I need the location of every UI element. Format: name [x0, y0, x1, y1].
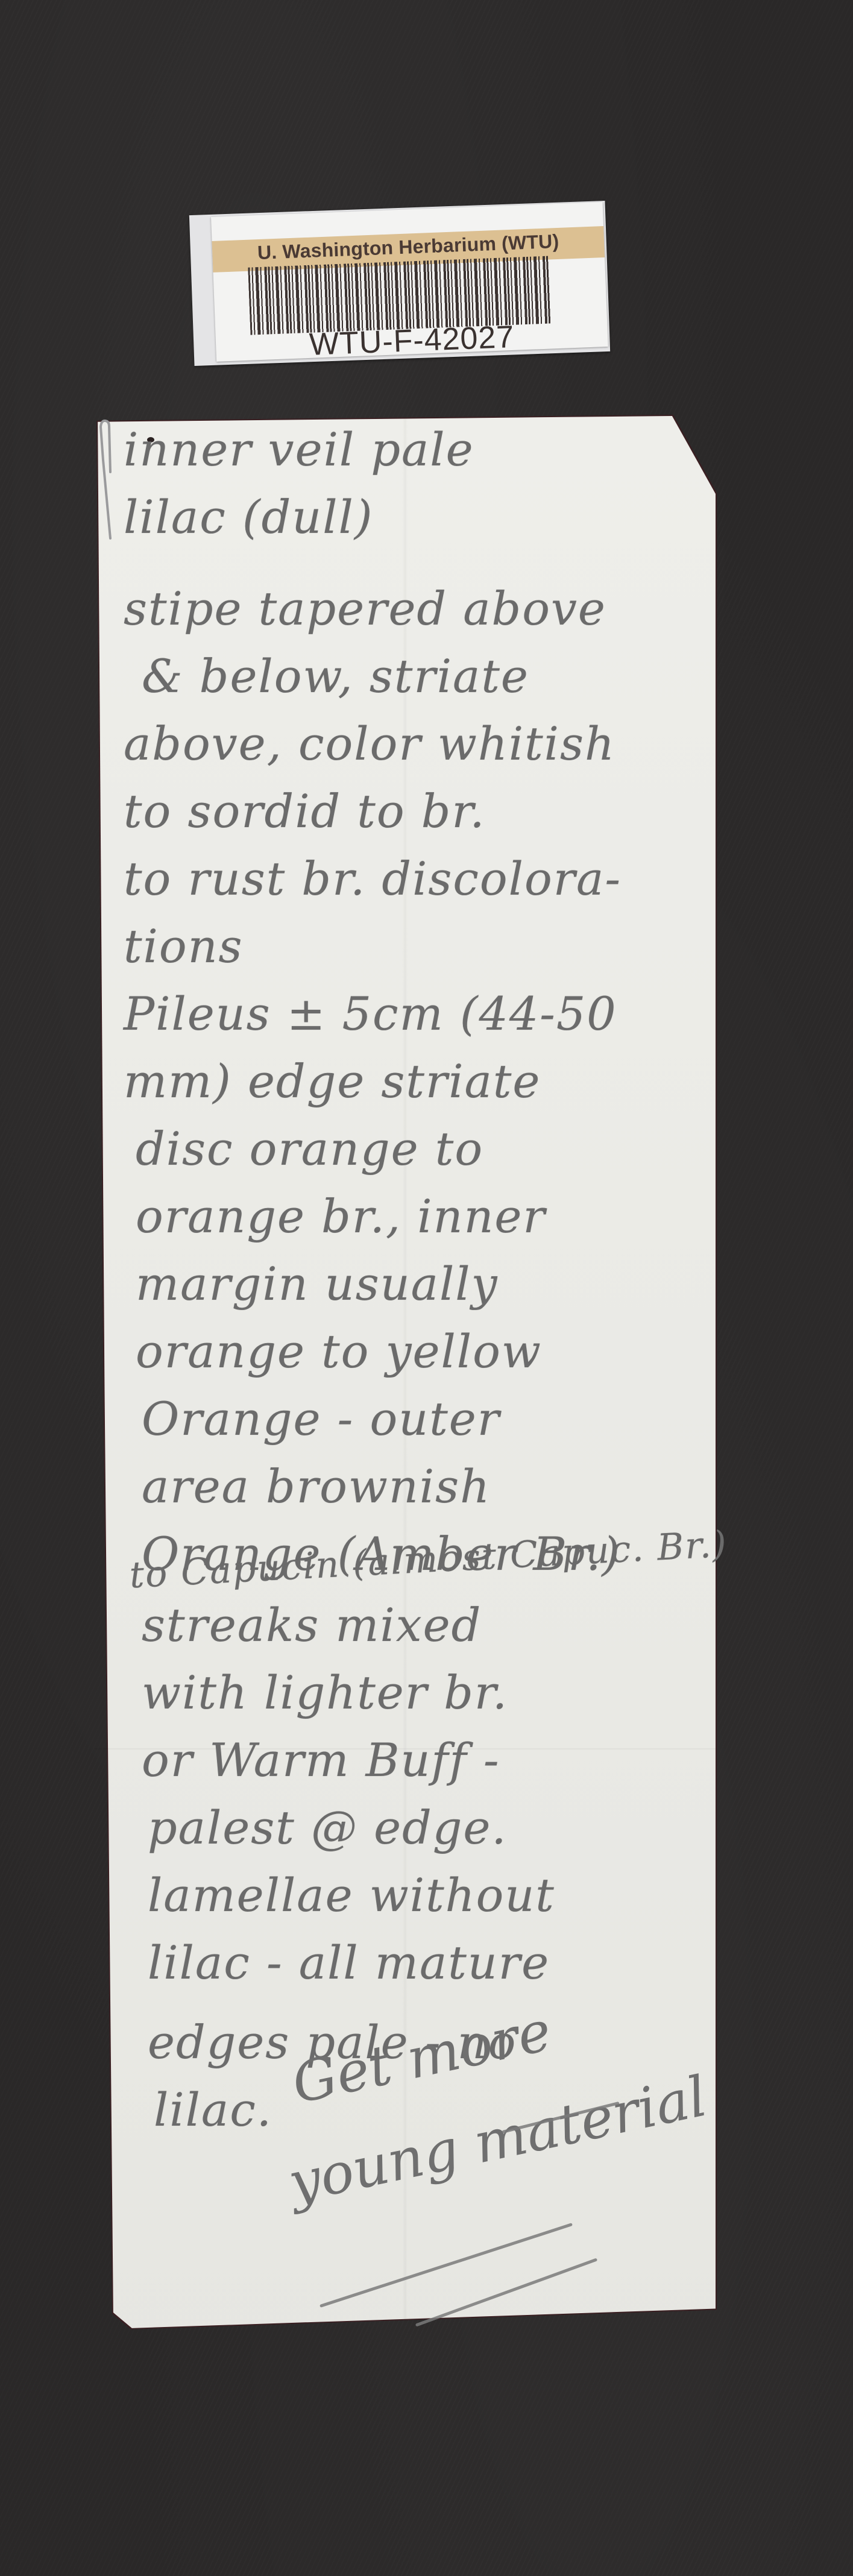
note-line: Orange - outer — [124, 1385, 690, 1453]
note-line: orange br., inner — [124, 1183, 690, 1250]
note-line: & below, striate — [124, 643, 690, 710]
note-line: streaks mixed — [124, 1592, 690, 1659]
paper-clip-icon — [98, 418, 122, 544]
note-body: inner veil pale lilac (dull) stipe taper… — [124, 416, 690, 2144]
note-line: stipe tapered above — [124, 575, 690, 643]
note-line: palest @ edge. — [124, 1794, 690, 1862]
note-line: inner veil pale — [124, 416, 690, 483]
note-line: lilac (dull) — [124, 483, 690, 551]
note-line: mm) edge striate — [124, 1048, 690, 1115]
herbarium-barcode-label: U. Washington Herbarium (WTU) WTU-F-4202… — [211, 202, 608, 362]
note-line: to rust br. discolora- — [124, 845, 690, 913]
note-line: area brownish — [124, 1453, 690, 1520]
note-line: with lighter br. — [124, 1659, 690, 1727]
note-line: Pileus ± 5cm (44-50 — [124, 980, 690, 1048]
note-line: to sordid to br. — [124, 778, 690, 845]
note-line: orange to yellow — [124, 1318, 690, 1385]
note-line: or Warm Buff - — [124, 1727, 690, 1794]
note-line: above, color whitish — [124, 710, 690, 778]
note-line: margin usually — [124, 1250, 690, 1318]
note-line: tions — [124, 913, 690, 980]
note-line: disc orange to — [124, 1115, 690, 1183]
note-line: lamellae without — [124, 1862, 690, 1929]
